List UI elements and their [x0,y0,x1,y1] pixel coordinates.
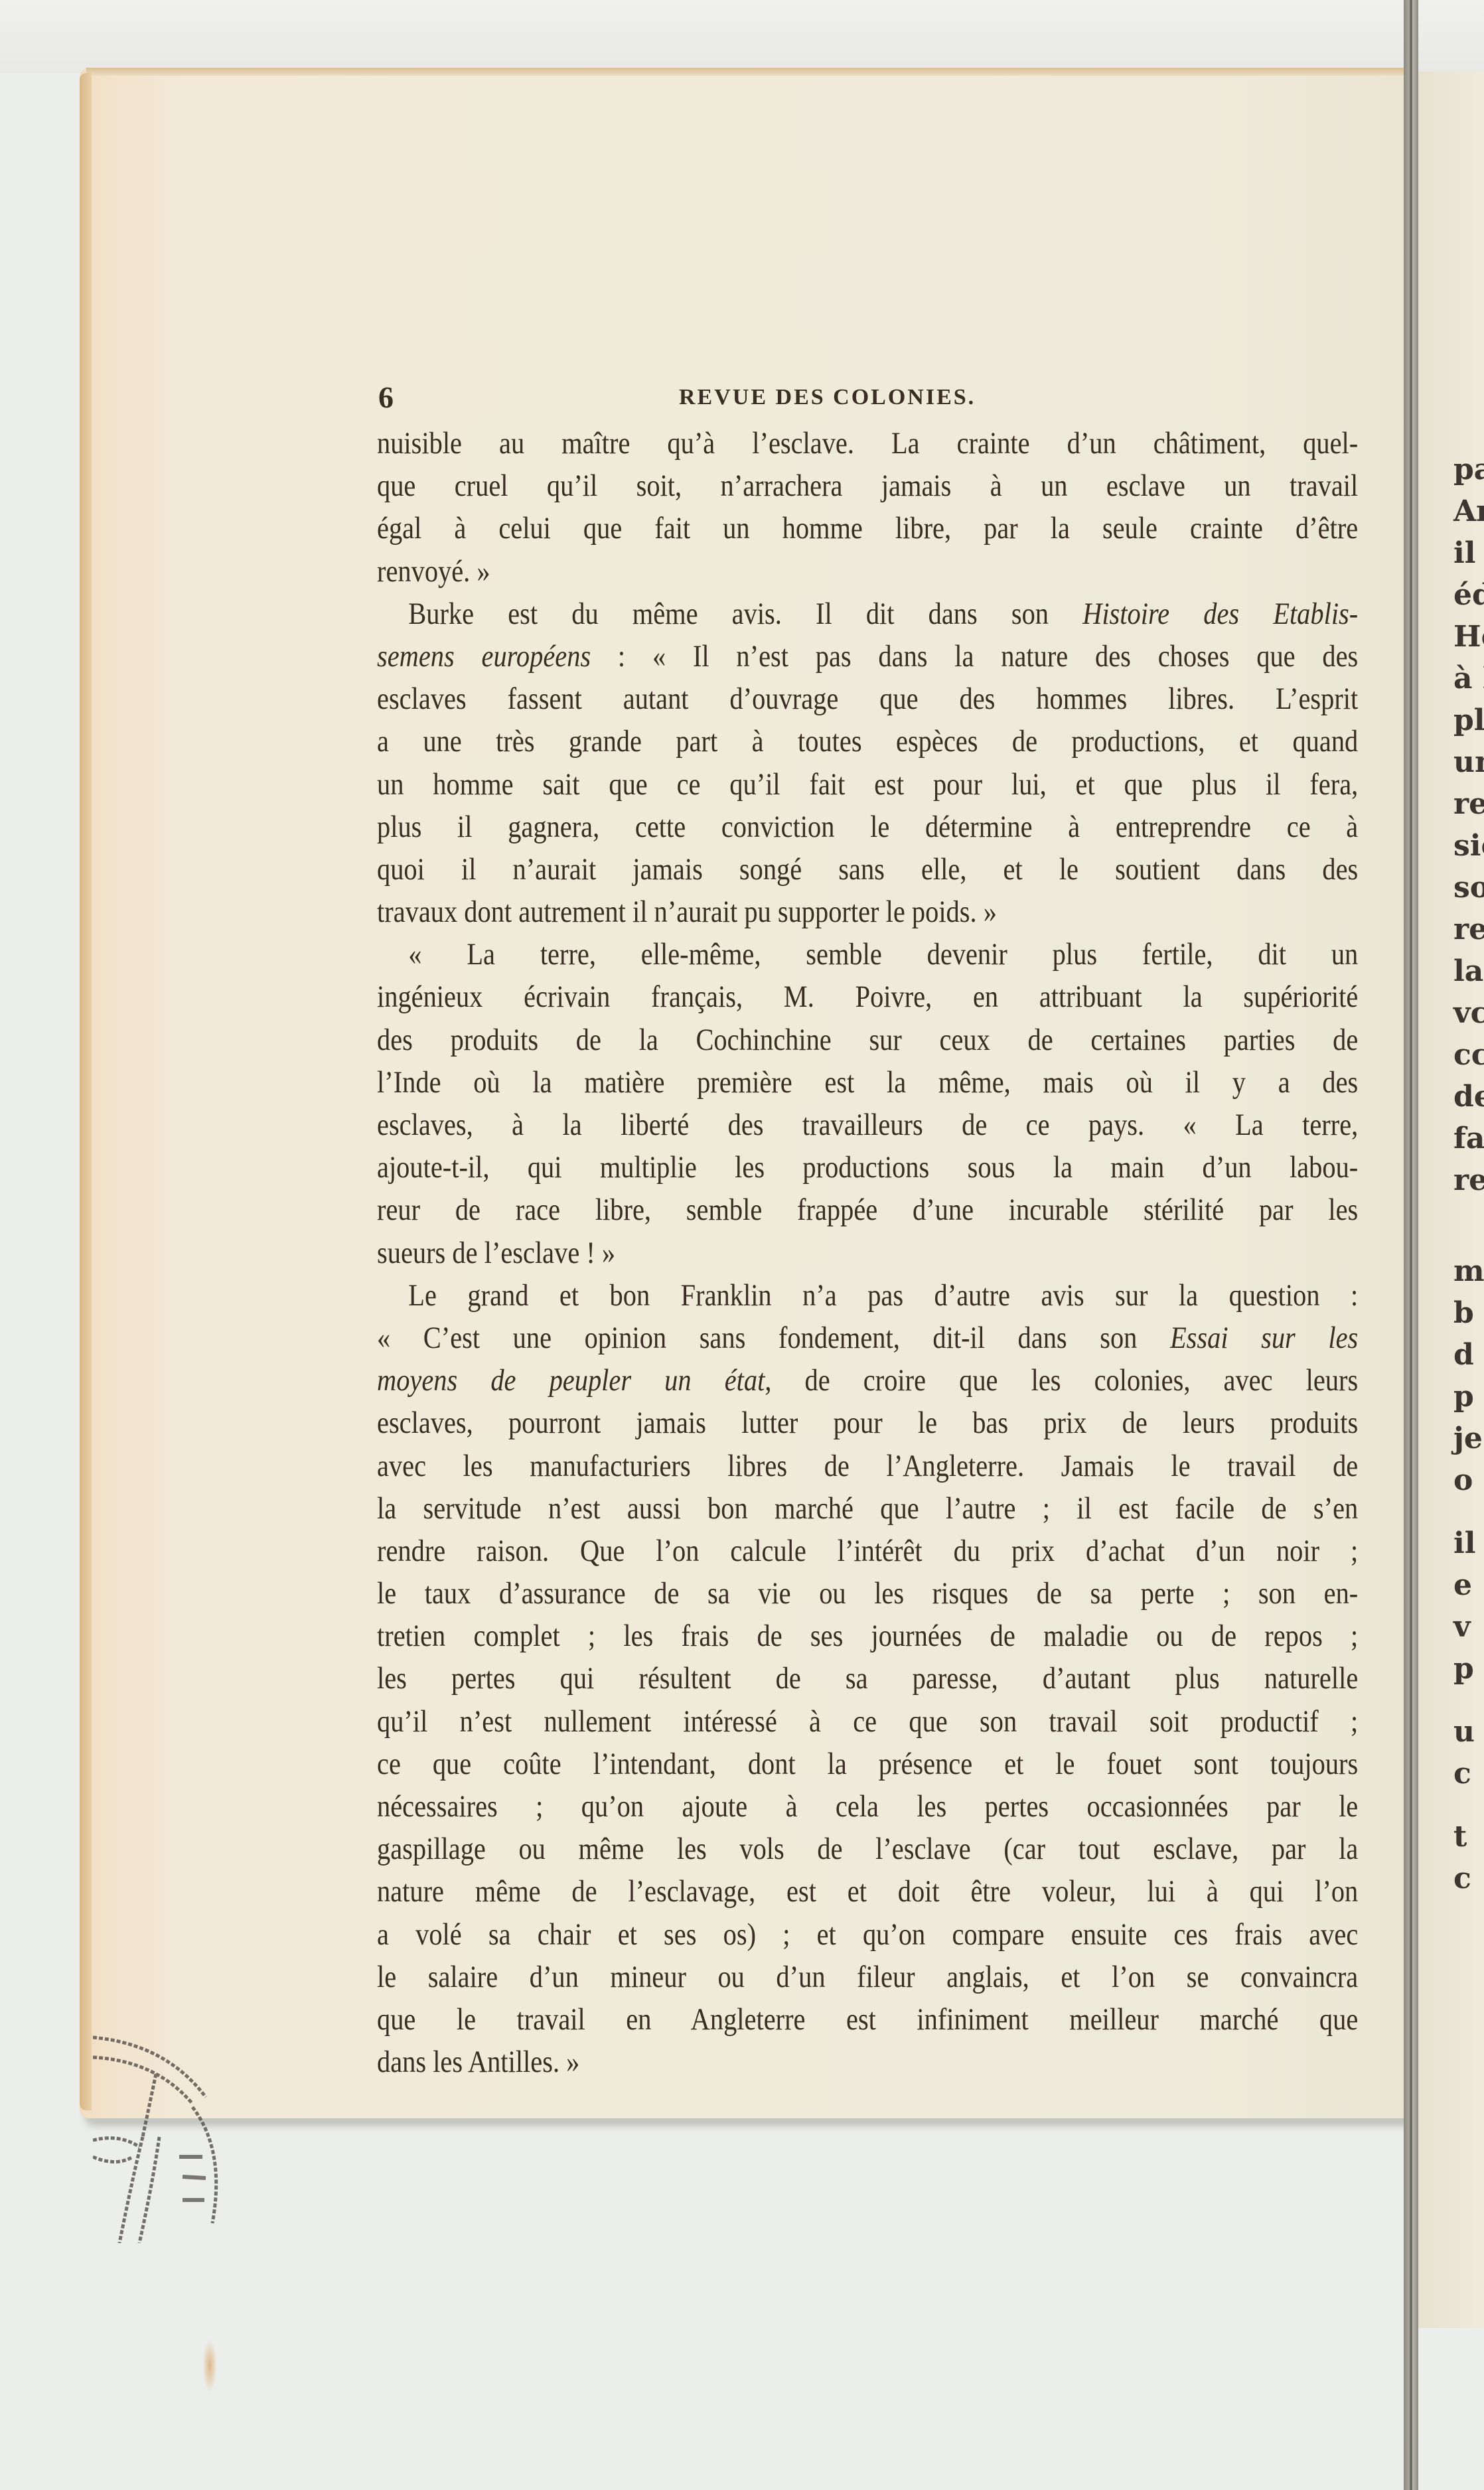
facing-page-fragment: e [1453,1568,1472,1602]
facing-page-edge [1418,72,1484,2328]
line-text: Le grand et bon Franklin n’a pas d’autre… [408,1278,1358,1313]
line-text: ingénieux écrivain français, M. Poivre, … [377,980,1358,1014]
italic-title: Essai sur les [1170,1321,1358,1355]
line-text: , de croire que les colonies, avec leurs [765,1363,1358,1398]
line-text: égal à celui que fait un homme libre, pa… [377,511,1358,546]
line-text: esclaves fassent autant d’ouvrage que de… [377,682,1358,716]
facing-page-fragment: t [1453,1820,1467,1854]
facing-page-fragment: c [1453,1757,1471,1791]
facing-page-fragment: pa [1453,453,1484,486]
text-line: moyens de peupler un état, de croire que… [377,1359,1358,1402]
text-line: « C’est une opinion sans fondement, dit-… [377,1317,1358,1359]
facing-page-fragment: so [1453,871,1484,905]
facing-page-fragment: cc [1453,1038,1484,1072]
facing-page-fragment: vc [1453,996,1484,1030]
text-line: Le grand et bon Franklin n’a pas d’autre… [377,1274,1358,1317]
facing-page-fragment: la [1453,954,1483,988]
text-line: esclaves, pourront jamais lutter pour le… [377,1402,1358,1444]
italic-title: moyens de peupler un état [377,1363,765,1398]
text-line: tretien complet ; les frais de ses journ… [377,1615,1358,1657]
text-line: nature même de l’esclavage, est et doit … [377,1870,1358,1913]
line-text: a une très grande part à toutes espèces … [377,724,1358,759]
text-line: plus il gagnera, cette conviction le dét… [377,806,1358,848]
text-line: esclaves fassent autant d’ouvrage que de… [377,678,1358,720]
facing-page-fragment: u [1453,1715,1475,1749]
italic-title: Histoire des Etablis- [1082,597,1358,631]
text-line: les pertes qui résultent de sa paresse, … [377,1657,1358,1700]
text-line: quoi il n’aurait jamais songé sans elle,… [377,848,1358,891]
facing-page-fragment: m [1453,1254,1484,1288]
line-text: quoi il n’aurait jamais songé sans elle,… [377,852,1358,887]
facing-page-fragment: Hc [1453,620,1484,654]
line-text: que le travail en Angleterre est infinim… [377,2002,1358,2037]
text-line: que cruel qu’il soit, n’arrachera jamais… [377,465,1358,507]
line-text: travaux dont autrement il n’aurait pu su… [377,895,997,929]
line-text: gaspillage ou même les vols de l’esclave… [377,1832,1358,1866]
facing-page-fragment: de [1453,1080,1484,1114]
facing-page-fragment: b [1453,1296,1474,1330]
text-line: avec les manufacturiers libres de l’Angl… [377,1445,1358,1487]
facing-page-fragment: d [1453,1338,1474,1372]
text-line: des produits de la Cochinchine sur ceux … [377,1019,1358,1061]
line-text: le salaire d’un mineur ou d’un fileur an… [377,1960,1358,1994]
page-edge-top [86,68,1404,76]
library-stamp-icon [93,2024,239,2243]
facing-page-fragment: p [1453,1652,1474,1686]
facing-page-fragment: o [1453,1463,1473,1497]
facing-page-fragment: il [1453,536,1475,570]
line-text: renvoyé. » [377,554,490,589]
page-text: 6 REVUE DES COLONIES. nuisible au maître… [377,382,1358,2083]
text-line: sueurs de l’esclave ! » [377,1232,1358,1274]
text-line: Burke est du même avis. Il dit dans son … [377,593,1358,635]
text-line: nécessaires ; qu’on ajoute à cela les pe… [377,1785,1358,1828]
line-text: ce que coûte l’intendant, dont la présen… [377,1747,1358,1781]
line-text: reur de race libre, semble frappée d’une… [377,1193,1358,1227]
text-line: le taux d’assurance de sa vie ou les ris… [377,1572,1358,1615]
line-text: esclaves, pourront jamais lutter pour le… [377,1406,1358,1440]
line-text: un homme sait que ce qu’il fait est pour… [377,767,1358,802]
facing-page-fragment: plı [1453,703,1484,737]
line-text: « La terre, elle-même, semble devenir pl… [408,937,1358,972]
text-line: ce que coûte l’intendant, dont la présen… [377,1743,1358,1785]
line-text: a volé sa chair et ses os) ; et qu’on co… [377,1917,1358,1952]
facing-page-fragment: je [1453,1422,1483,1455]
line-text: dans les Antilles. » [377,2045,579,2079]
line-text: « C’est une opinion sans fondement, dit-… [377,1321,1170,1355]
paper-stain [202,2339,217,2392]
line-text: tretien complet ; les frais de ses journ… [377,1619,1358,1653]
text-line: rendre raison. Que l’on calcule l’intérê… [377,1530,1358,1572]
text-line: ajoute-t-il, qui multiplie les productio… [377,1146,1358,1189]
text-line: égal à celui que fait un homme libre, pa… [377,507,1358,549]
text-line: a volé sa chair et ses os) ; et qu’on co… [377,1913,1358,1956]
text-line: un homme sait que ce qu’il fait est pour… [377,763,1358,806]
line-text: : « Il n’est pas dans la nature des chos… [591,639,1358,674]
facing-page-fragment: Ar [1453,494,1484,528]
line-text: le taux d’assurance de sa vie ou les ris… [377,1576,1358,1611]
text-line: que le travail en Angleterre est infinim… [377,1998,1358,2041]
line-text: qu’il n’est nullement intéressé à ce que… [377,1704,1358,1739]
line-text: plus il gagnera, cette conviction le dét… [377,810,1358,844]
facing-page-fragment: re [1453,1163,1484,1197]
text-line: semens européens : « Il n’est pas dans l… [377,635,1358,678]
gutter-shadow-line [1410,0,1412,2490]
text-line: qu’il n’est nullement intéressé à ce que… [377,1700,1358,1743]
line-text: esclaves, à la liberté des travailleurs … [377,1108,1358,1142]
line-text: nécessaires ; qu’on ajoute à cela les pe… [377,1789,1358,1824]
line-text: nature même de l’esclavage, est et doit … [377,1874,1358,1909]
scan-backdrop [0,0,1484,73]
text-line: ingénieux écrivain français, M. Poivre, … [377,976,1358,1018]
body-text: nuisible au maître qu’à l’esclave. La cr… [377,422,1358,2083]
page-edge-left [80,73,92,2110]
line-text: l’Inde où la matière première est la mêm… [377,1065,1358,1100]
text-line: nuisible au maître qu’à l’esclave. La cr… [377,422,1358,465]
facing-page-fragment: à l [1453,662,1484,696]
line-text: avec les manufacturiers libres de l’Angl… [377,1449,1358,1483]
line-text: sueurs de l’esclave ! » [377,1236,615,1270]
running-title: REVUE DES COLONIES. [679,385,976,410]
facing-page-fragment: sic [1453,829,1484,863]
page-number: 6 [378,380,395,415]
text-line: « La terre, elle-même, semble devenir pl… [377,933,1358,976]
line-text: que cruel qu’il soit, n’arrachera jamais… [377,469,1358,503]
line-text: Burke est du même avis. Il dit dans son [408,597,1082,631]
text-line: la servitude n’est aussi bon marché que … [377,1487,1358,1530]
facing-page-fragment: fa [1453,1122,1484,1155]
facing-page-fragment: éd [1453,578,1484,612]
facing-page-fragment: p [1453,1380,1474,1414]
facing-page-fragment: re [1453,913,1484,946]
text-line: l’Inde où la matière première est la mêm… [377,1061,1358,1104]
facing-page-fragment: c [1453,1862,1471,1895]
text-line: le salaire d’un mineur ou d’un fileur an… [377,1956,1358,1998]
line-text: nuisible au maître qu’à l’esclave. La cr… [377,426,1358,461]
text-line: dans les Antilles. » [377,2041,1358,2083]
text-line: reur de race libre, semble frappée d’une… [377,1189,1358,1231]
text-line: renvoyé. » [377,550,1358,593]
line-text: ajoute-t-il, qui multiplie les productio… [377,1150,1358,1185]
text-line: travaux dont autrement il n’aurait pu su… [377,891,1358,933]
facing-page-fragment: un [1453,745,1484,779]
line-text: des produits de la Cochinchine sur ceux … [377,1023,1358,1057]
line-text: la servitude n’est aussi bon marché que … [377,1491,1358,1526]
line-text: rendre raison. Que l’on calcule l’intérê… [377,1534,1358,1568]
facing-page-fragment: re [1453,787,1484,821]
text-line: esclaves, à la liberté des travailleurs … [377,1104,1358,1146]
text-line: gaspillage ou même les vols de l’esclave… [377,1828,1358,1870]
facing-page-fragment: v [1453,1610,1471,1644]
text-line: a une très grande part à toutes espèces … [377,720,1358,763]
italic-title: semens européens [377,639,591,674]
facing-page-fragment: il [1453,1526,1475,1560]
running-header: 6 REVUE DES COLONIES. [377,382,1358,422]
line-text: les pertes qui résultent de sa paresse, … [377,1661,1358,1696]
